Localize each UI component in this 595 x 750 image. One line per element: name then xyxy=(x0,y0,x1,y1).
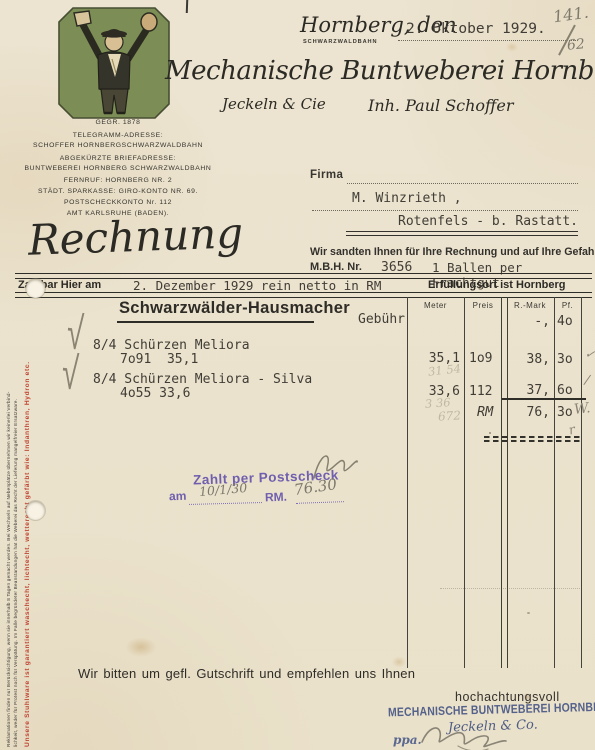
closing-line: Wir bitten um gefl. Gutschrift und empfe… xyxy=(78,666,415,681)
fee-pf: 4o xyxy=(557,314,573,329)
col-header-pf: Pf. xyxy=(554,301,581,310)
paid-stamp-amount-line xyxy=(296,500,344,504)
total-label: RM xyxy=(477,404,493,420)
company-logo-icon xyxy=(58,7,170,124)
subtotal-underline xyxy=(502,398,586,400)
date-underline xyxy=(398,39,578,41)
item-rmark: 38, xyxy=(506,352,550,367)
faint-guide-line xyxy=(440,588,580,589)
item-preis: 1o9 xyxy=(469,351,492,366)
pencil-margin-note: W. xyxy=(573,400,591,418)
company-owner-left: Jeckeln & Cie xyxy=(222,95,326,113)
table-vline-right xyxy=(581,297,582,668)
total-pf: 3o xyxy=(557,405,573,420)
recipient-name: M. Winzrieth , xyxy=(352,191,462,206)
paper-speck xyxy=(489,432,491,434)
letterhead-line: STÄDT. SPARKASSE: GIRO-KONTO NR. 69. xyxy=(8,187,228,197)
letterhead-line: BUNTWEBEREI HORNBERG SCHWARZWALDBAHN xyxy=(8,164,228,174)
date-value: 2. Oktober 1929. xyxy=(406,21,546,37)
paid-stamp-date-line xyxy=(189,501,262,505)
side-condition-line: Reklamationen finden nur Berücksichtigun… xyxy=(5,285,12,747)
sent-line: Wir sandten Ihnen für Ihre Rechnung und … xyxy=(310,246,595,258)
founded-line: GEGR. 1878 xyxy=(8,118,228,128)
letterhead-line: SCHOFFER HORNBERGSCHWARZWALDBAHN xyxy=(8,141,228,151)
item-lot: 7o91 35,1 xyxy=(120,352,198,367)
terms-typed: 2. Dezember 1929 rein netto in RM xyxy=(133,278,381,293)
railway-label: SCHWARZWALDBAHN xyxy=(303,39,377,45)
recipient-place: Rotenfels - b. Rastatt. xyxy=(398,214,578,229)
item-pf: 3o xyxy=(557,352,573,367)
recipient-underline xyxy=(312,209,578,211)
hand-initials-scribble xyxy=(308,450,360,489)
paper-speck xyxy=(527,612,530,614)
document-title: Rechnung xyxy=(27,208,244,264)
fulfillment-label: Erfüllungsort ist Hornberg xyxy=(428,279,566,291)
signature-scribble xyxy=(418,722,508,750)
letterhead-line: FERNRUF: HORNBERG NR. 2 xyxy=(8,176,228,186)
product-group-title: Schwarzwälder-Hausmacher xyxy=(119,299,350,318)
pencil-file-number: 141. xyxy=(552,3,590,27)
item-desc: 8/4 Schürzen Meliora - Silva xyxy=(93,372,312,387)
letterhead-line: ABGEKÜRZTE BRIEFADRESSE: xyxy=(8,154,228,164)
table-vline-preis xyxy=(464,297,465,668)
side-condition-line: lichkeit, weder für Protest noch für Ver… xyxy=(12,285,19,747)
ref-label: M.B.H. Nr. xyxy=(310,261,362,273)
pencil-tick: / xyxy=(584,373,590,388)
recipient-double-underline xyxy=(346,231,578,236)
pencil-file-fraction: 62 xyxy=(566,36,585,53)
pencil-tick: ✓ xyxy=(584,346,595,362)
pencil-calc-note: 31 54 xyxy=(427,361,461,378)
item-desc: 8/4 Schürzen Meliora xyxy=(93,338,250,353)
total-rmark: 76, xyxy=(506,405,550,420)
company-stamp: MECHANISCHE BUNTWEBEREI HORNBERG xyxy=(388,700,595,719)
product-group-underline xyxy=(117,321,314,323)
col-header-rmark: R.-Mark xyxy=(506,301,554,310)
company-owner-right: Inh. Paul Schoffer xyxy=(368,96,514,115)
fold-mark xyxy=(186,0,188,13)
item-lot: 4o55 33,6 xyxy=(120,386,190,401)
col-header-meter: Meter xyxy=(407,301,464,310)
paid-stamp-rm-label: RM. xyxy=(265,490,287,505)
total-dashed-rule xyxy=(484,436,583,442)
punch-hole xyxy=(26,279,45,298)
col-header-preis: Preis xyxy=(465,301,501,310)
paid-stamp-am-label: am xyxy=(169,489,187,504)
item-pf: 6o xyxy=(557,383,573,398)
fee-label: Gebühr xyxy=(320,312,405,327)
item-preis: 112 xyxy=(469,384,492,399)
punch-hole xyxy=(26,501,45,520)
invoice-document: GEGR. 1878 TELEGRAMM-ADRESSE: SCHOFFER H… xyxy=(0,0,595,750)
fee-rmark: -, xyxy=(506,314,550,329)
company-name: Mechanische Buntweberei Hornberg xyxy=(165,56,595,86)
firma-label: Firma xyxy=(310,169,343,181)
item-rmark: 37, xyxy=(506,383,550,398)
firma-underline xyxy=(347,182,578,184)
pencil-total-note: 672 xyxy=(438,408,462,423)
hand-paid-date: 10/1/30 xyxy=(198,480,247,499)
letterhead-line: TELEGRAMM-ADRESSE: xyxy=(8,131,228,141)
pencil-checkmark: √ xyxy=(61,348,80,402)
table-vline-pf xyxy=(554,297,555,668)
letterhead-line: POSTSCHECKKONTO Nr. 112 xyxy=(8,198,228,208)
